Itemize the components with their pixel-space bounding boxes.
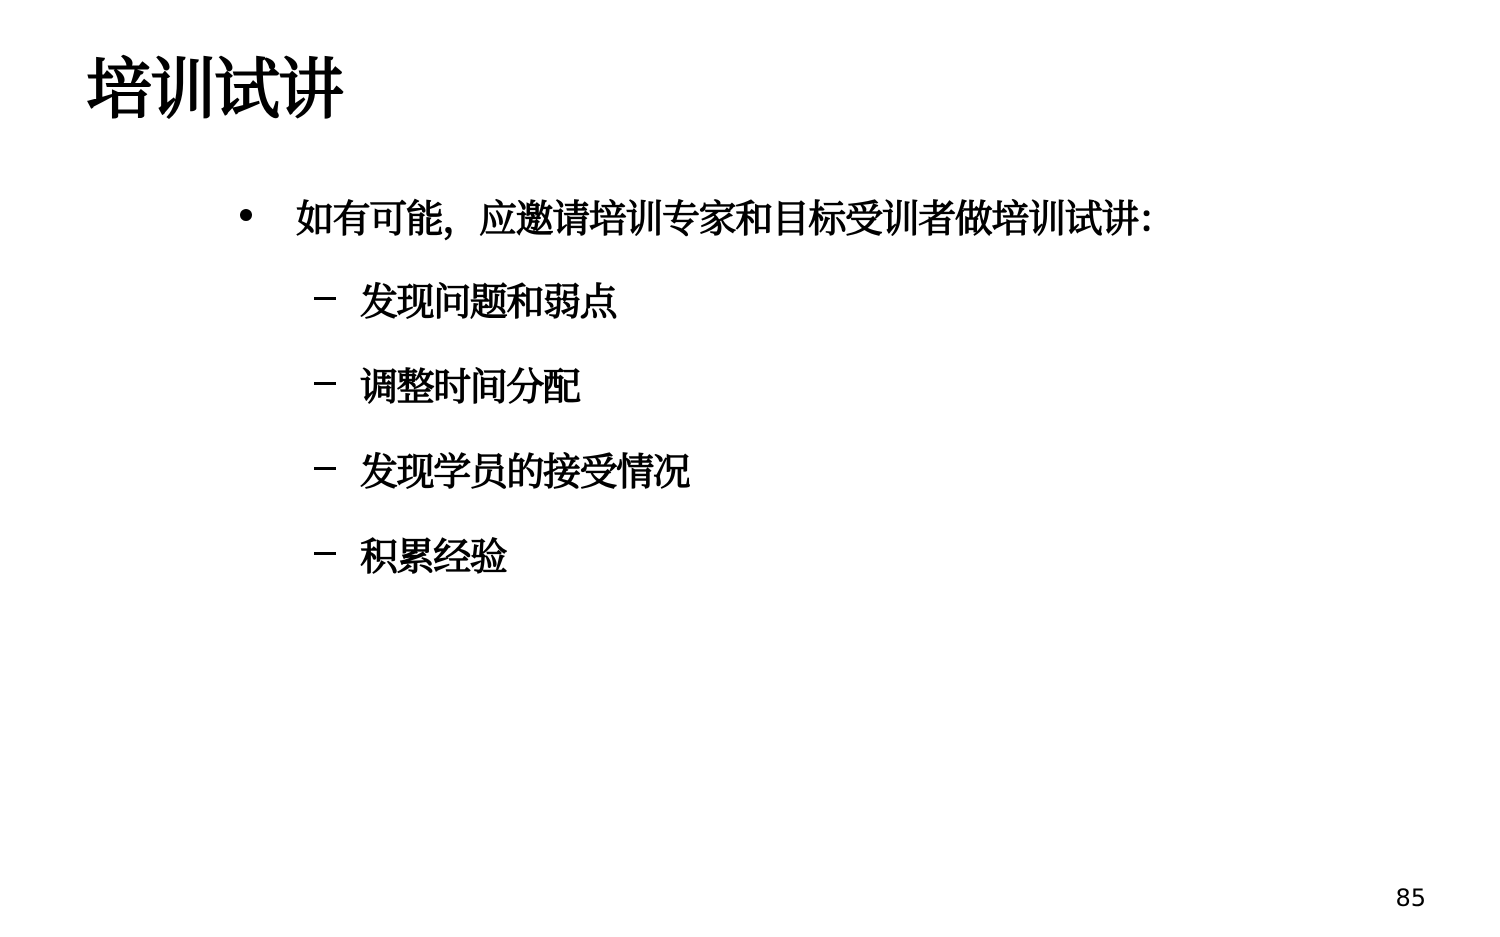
page-number: 85 <box>1395 884 1426 912</box>
dash-icon <box>314 297 336 300</box>
bullet-text: 如有可能，应邀请培训专家和目标受训者做培训试讲： <box>296 188 1174 243</box>
slide-title: 培训试讲 <box>86 48 342 132</box>
sub-bullet-text: 发现学员的接受情况 <box>360 441 689 496</box>
sub-bullet-item: 调整时间分配 <box>314 358 580 408</box>
dash-icon <box>314 382 336 385</box>
sub-bullet-item: 发现学员的接受情况 <box>314 443 689 493</box>
slide: 培训试讲 如有可能，应邀请培训专家和目标受训者做培训试讲： 发现问题和弱点 调整… <box>0 0 1500 937</box>
dash-icon <box>314 467 336 470</box>
dash-icon <box>314 552 336 555</box>
sub-bullet-text: 调整时间分配 <box>360 356 580 411</box>
sub-bullet-item: 发现问题和弱点 <box>314 273 616 323</box>
bullet-item: 如有可能，应邀请培训专家和目标受训者做培训试讲： <box>236 190 1174 240</box>
sub-bullet-text: 发现问题和弱点 <box>360 271 616 326</box>
sub-bullet-text: 积累经验 <box>360 526 506 581</box>
sub-bullet-item: 积累经验 <box>314 528 506 578</box>
bullet-dot-icon <box>240 209 252 221</box>
